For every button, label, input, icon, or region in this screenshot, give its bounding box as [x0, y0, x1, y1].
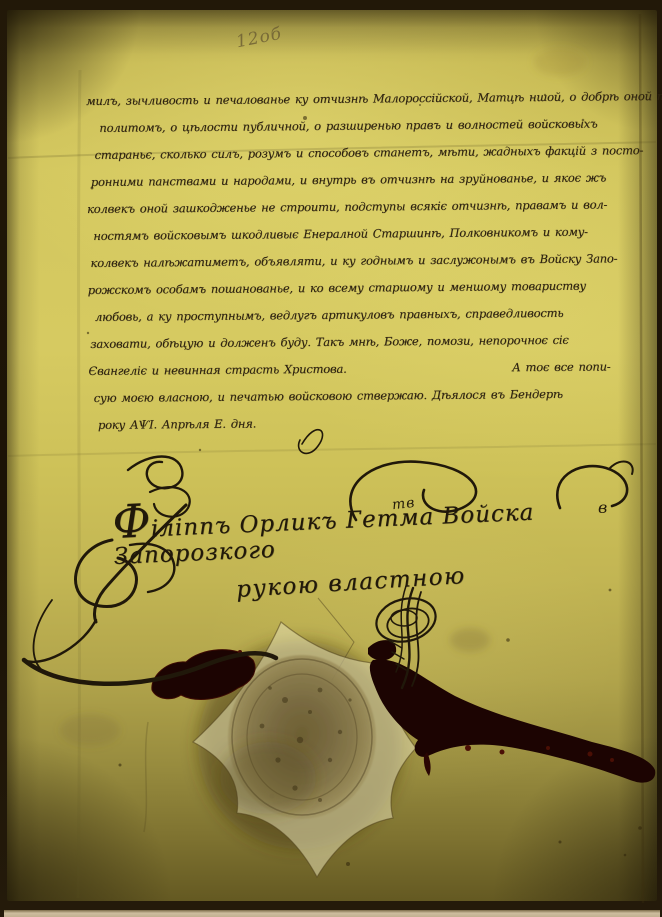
- attestation-start: А тоє все попи-: [512, 353, 611, 381]
- wax-spur-top: [368, 640, 396, 660]
- wax-drip: [424, 752, 431, 776]
- manuscript-line-date: року АѰІ. Апрѣля Е. дня.: [89, 407, 611, 439]
- manuscript-line: сую моєю власною, и печатью войсковою ст…: [89, 380, 611, 412]
- table-edge-strip: [4, 910, 660, 917]
- photograph-frame: 12об милъ, зычливость и печалованье ку о…: [0, 0, 662, 917]
- flourish-letter-mark: в: [598, 498, 608, 517]
- abbreviation-mark: тв: [391, 495, 416, 513]
- wax-streak-right: [370, 659, 655, 782]
- oath-ending: Євангеліє и невинная страсть Христова.: [88, 356, 346, 385]
- manuscript-text-block: милъ, зычливость и печалованье ку отчизн…: [86, 83, 611, 439]
